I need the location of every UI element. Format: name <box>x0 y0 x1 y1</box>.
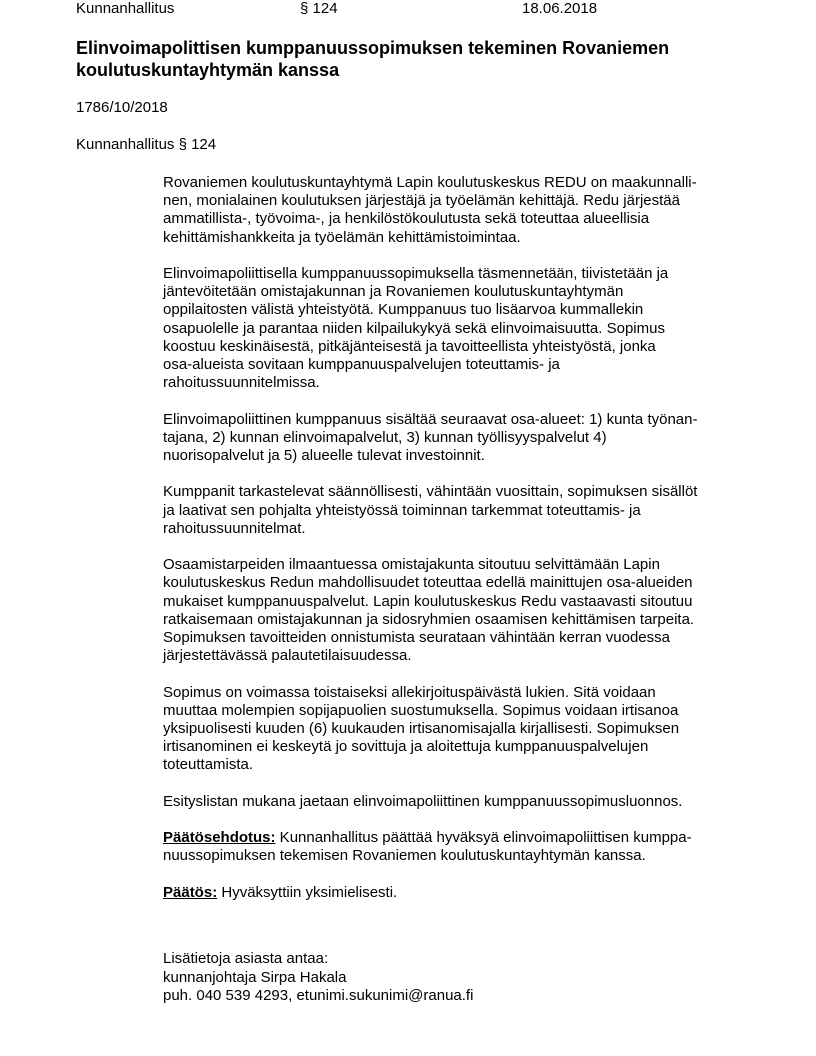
contact-intro: Lisätietoja asiasta antaa: <box>163 950 473 969</box>
paragraph-line: oppilaitosten välistä yhteistyötä. Kumpp… <box>163 301 743 319</box>
contact-info: Lisätietoja asiasta antaa: kunnanjohtaja… <box>163 950 473 1006</box>
paragraph-line: Rovaniemen koulutuskuntayhtymä Lapin kou… <box>163 174 743 192</box>
paragraph-line: ammatillista-, työvoima-, ja henkilöstök… <box>163 210 743 228</box>
title-line: Elinvoimapolittisen kumppanuussopimuksen… <box>76 37 756 59</box>
paragraph-line: Osaamistarpeiden ilmaantuessa omistajaku… <box>163 556 743 574</box>
body-paragraph: Kumppanit tarkastelevat säännöllisesti, … <box>163 483 743 538</box>
paragraph-line: irtisanominen ei keskeytä jo sovittuja j… <box>163 738 743 756</box>
diary-number: 1786/10/2018 <box>76 99 168 117</box>
header-body-name: Kunnanhallitus <box>76 0 174 18</box>
paragraph-line: muuttaa molempien sopijapuolien suostumu… <box>163 702 743 720</box>
body-paragraph: Esityslistan mukana jaetaan elinvoimapol… <box>163 793 743 811</box>
decision-paragraph: Päätös: Hyväksyttiin yksimielisesti. <box>163 884 743 902</box>
header-section-number: § 124 <box>300 0 338 18</box>
paragraph-line: nuorisopalvelut ja 5) alueelle tulevat i… <box>163 447 743 465</box>
decision-label: Päätös: <box>163 884 217 901</box>
paragraph-line: toteuttamista. <box>163 756 743 774</box>
proposal-paragraph: Päätösehdotus: Kunnanhallitus päättää hy… <box>163 829 743 865</box>
paragraph-line: tajana, 2) kunnan elinvoimapalvelut, 3) … <box>163 429 743 447</box>
paragraph-list: Rovaniemen koulutuskuntayhtymä Lapin kou… <box>163 174 743 811</box>
document-header: Kunnanhallitus § 124 18.06.2018 <box>76 0 776 18</box>
body-paragraph: Rovaniemen koulutuskuntayhtymä Lapin kou… <box>163 174 743 247</box>
header-date: 18.06.2018 <box>522 0 597 18</box>
paragraph-line: Elinvoimapoliittisella kumppanuussopimuk… <box>163 265 743 283</box>
paragraph-line: järjestettävässä palautetilaisuudessa. <box>163 647 743 665</box>
paragraph-line: ja laativat sen pohjalta yhteistyössä to… <box>163 502 743 520</box>
paragraph-line: mukaiset kumppanuuspalvelut. Lapin koulu… <box>163 593 743 611</box>
body-reference: Kunnanhallitus § 124 <box>76 136 216 154</box>
body-paragraph: Elinvoimapoliittisella kumppanuussopimuk… <box>163 265 743 392</box>
paragraph-line: yksipuolisesti kuuden (6) kuukauden irti… <box>163 720 743 738</box>
body-paragraph: Elinvoimapoliittinen kumppanuus sisältää… <box>163 411 743 466</box>
paragraph-line: Esityslistan mukana jaetaan elinvoimapol… <box>163 793 743 811</box>
paragraph-line: Sopimus on voimassa toistaiseksi allekir… <box>163 684 743 702</box>
paragraph-line: koulutuskeskus Redun mahdollisuudet tote… <box>163 574 743 592</box>
paragraph-line: koostuu keskinäisestä, pitkäjänteisestä … <box>163 338 743 356</box>
paragraph-line: osapuolelle ja parantaa niiden kilpailuk… <box>163 320 743 338</box>
body-paragraph: Osaamistarpeiden ilmaantuessa omistajaku… <box>163 556 743 665</box>
paragraph-line: Kumppanit tarkastelevat säännöllisesti, … <box>163 483 743 501</box>
title-line: koulutuskuntayhtymän kanssa <box>76 59 756 81</box>
paragraph-line: rahoitussuunnitelmat. <box>163 520 743 538</box>
paragraph-line: jäntevöitetään omistajakunnan ja Rovanie… <box>163 283 743 301</box>
paragraph-line: kehittämishankkeita ja työelämän kehittä… <box>163 229 743 247</box>
paragraph-line: ratkaisemaan omistajakunnan ja sidosryhm… <box>163 611 743 629</box>
body-paragraph: Sopimus on voimassa toistaiseksi allekir… <box>163 684 743 775</box>
proposal-text: Kunnanhallitus päättää hyväksyä elinvoim… <box>276 829 692 846</box>
paragraph-line: nen, monialainen koulutuksen järjestäjä … <box>163 192 743 210</box>
document-title: Elinvoimapolittisen kumppanuussopimuksen… <box>76 37 756 81</box>
paragraph-line: Elinvoimapoliittinen kumppanuus sisältää… <box>163 411 743 429</box>
contact-details: puh. 040 539 4293, etunimi.sukunimi@ranu… <box>163 987 473 1006</box>
proposal-label: Päätösehdotus: <box>163 829 276 846</box>
document-body: Rovaniemen koulutuskuntayhtymä Lapin kou… <box>163 174 743 920</box>
paragraph-line: rahoitussuunnitelmissa. <box>163 374 743 392</box>
proposal-text-continued: nuussopimuksen tekemisen Rovaniemen koul… <box>163 847 743 865</box>
contact-person: kunnanjohtaja Sirpa Hakala <box>163 969 473 988</box>
paragraph-line: Sopimuksen tavoitteiden onnistumista seu… <box>163 629 743 647</box>
decision-text: Hyväksyttiin yksimielisesti. <box>217 884 397 901</box>
paragraph-line: osa-alueista sovitaan kumppanuuspalveluj… <box>163 356 743 374</box>
